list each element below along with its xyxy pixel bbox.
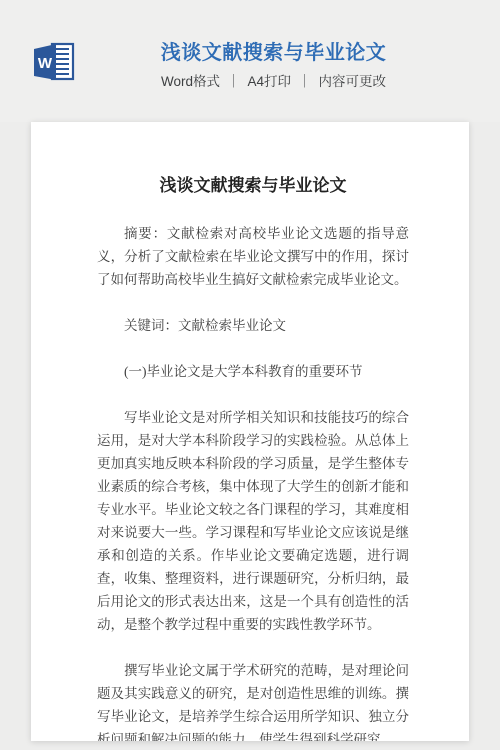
document-page: 浅谈文献搜索与毕业论文 摘要：文献检索对高校毕业论文选题的指导意义，分析了文献检…: [31, 122, 469, 741]
header-subtitle: Word格式｜A4打印｜内容可更改: [77, 73, 470, 91]
subtitle-editable: 内容可更改: [319, 74, 387, 89]
document-title: 浅谈文献搜索与毕业论文: [97, 173, 409, 199]
page-number: 1: [31, 685, 469, 695]
header-text-block: 浅谈文献搜索与毕业论文 Word格式｜A4打印｜内容可更改: [77, 40, 500, 91]
svg-text:W: W: [38, 55, 53, 72]
preview-app: W 浅谈文献搜索与毕业论文 Word格式｜A4打印｜内容可更改 浅谈文献搜索与毕…: [0, 0, 500, 750]
paragraph-section-heading: (一)毕业论文是大学本科教育的重要环节: [97, 360, 409, 383]
subtitle-separator: ｜: [298, 73, 312, 91]
word-file-icon: W: [31, 40, 77, 84]
paragraph-body-1: 写毕业论文是对所学相关知识和技能技巧的综合运用，是对大学本科阶段学习的实践检验。…: [97, 406, 409, 636]
subtitle-print: A4打印: [248, 74, 292, 89]
subtitle-separator: ｜: [227, 73, 241, 91]
subtitle-format: Word格式: [161, 74, 220, 89]
paragraph-abstract: 摘要：文献检索对高校毕业论文选题的指导意义，分析了文献检索在毕业论文撰写中的作用…: [97, 222, 409, 291]
header: W 浅谈文献搜索与毕业论文 Word格式｜A4打印｜内容可更改: [0, 0, 500, 122]
paragraph-keywords: 关键词：文献检索毕业论文: [97, 314, 409, 337]
header-title: 浅谈文献搜索与毕业论文: [77, 40, 470, 66]
paragraph-body-2: 撰写毕业论文属于学术研究的范畴，是对理论问题及其实践意义的研究，是对创造性思维的…: [97, 659, 409, 741]
